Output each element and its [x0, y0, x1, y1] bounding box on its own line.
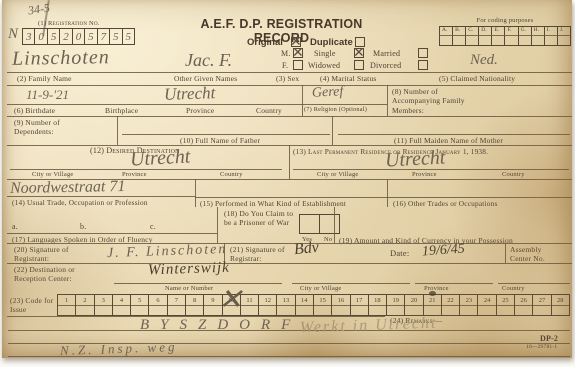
rule — [293, 169, 569, 170]
form-number: DP-2 — [540, 334, 558, 344]
code-for-issue-grid: 1 2 3 4 5 6 7 8 9 10 11 12 13 14 15 — [57, 294, 570, 316]
rule — [114, 283, 282, 284]
rule — [195, 179, 196, 207]
registration-digit: 5 — [88, 31, 94, 43]
coding-purposes-title: For coding purposes — [439, 17, 571, 25]
country-label: Country — [256, 106, 282, 115]
registration-digit: 0 — [76, 31, 82, 43]
code-cell-number: 23 — [460, 295, 477, 306]
code-cell-number: 26 — [515, 295, 532, 306]
code-cell: 14 — [296, 295, 314, 315]
rule — [292, 283, 410, 284]
print-code: 16—29781-1 — [526, 344, 557, 351]
rule — [7, 116, 572, 117]
code-cell-number: 10 — [223, 295, 240, 306]
coding-cell-letter: E. — [494, 27, 499, 33]
pow-label: (18) Do You Claim to be a Prisoner of Wa… — [224, 209, 300, 228]
code-cell: 16 — [332, 295, 350, 315]
registration-digit: 0 — [38, 31, 44, 43]
language-c-label: c. — [150, 222, 156, 232]
code-cell: 24 — [478, 295, 496, 315]
single-label: Single — [314, 49, 336, 59]
coding-cell-letter: I. — [547, 27, 550, 33]
city-label: City or Village — [32, 171, 74, 179]
code-cell: 27 — [533, 295, 551, 315]
rule — [7, 72, 572, 73]
code-cell: 9 — [204, 295, 222, 315]
sex-m-label: M. — [281, 49, 291, 59]
rule — [289, 145, 290, 179]
code-cell: 10 — [223, 295, 241, 315]
name-or-number-label: Name or Number — [165, 285, 213, 293]
coding-cell-letter: B. — [455, 27, 460, 33]
sex-f-label: F. — [282, 61, 288, 71]
code-cell: 25 — [497, 295, 515, 315]
birthdate-value: 11-9-'21 — [26, 87, 69, 103]
registrant-signature: J. F. Linschoten — [107, 242, 228, 262]
rule — [505, 243, 506, 263]
rule — [332, 116, 333, 145]
code-cell-number: 2 — [76, 295, 93, 306]
coding-cell-letter: J. — [560, 27, 564, 33]
province-label: Province — [424, 285, 449, 293]
reception-center-value: Winterswijk — [148, 260, 230, 280]
mother-label: (11) Full Maiden Name of Mother — [394, 136, 503, 145]
father-label: (10) Full Name of Father — [180, 136, 260, 145]
family-members-label: (8) Number of Accompanying Family Member… — [392, 87, 484, 115]
rule — [498, 283, 570, 284]
rule — [302, 85, 303, 116]
code-cell-number: 20 — [405, 295, 422, 306]
coding-cell-letter: H. — [534, 27, 539, 33]
coding-cell: F. — [505, 27, 518, 45]
code-for-issue-label: (23) Code for Issue — [10, 296, 54, 315]
code-cell-number: 9 — [204, 295, 221, 306]
coding-cell-letter: C. — [468, 27, 473, 33]
code-cell: 3 — [95, 295, 113, 315]
code-cell: 19 — [387, 295, 405, 315]
code-cell: 17 — [351, 295, 369, 315]
other-trades-label: (16) Other Trades or Occupations — [393, 199, 497, 208]
rule — [415, 283, 493, 284]
rule — [122, 134, 330, 135]
coding-cell-letter: D. — [481, 27, 486, 33]
code-cell-number: 13 — [277, 295, 294, 306]
code-cell-number: 5 — [131, 295, 148, 306]
coding-cell: C. — [466, 27, 479, 45]
rule — [7, 196, 195, 197]
coding-cell: B. — [453, 27, 466, 45]
code-cell: 20 — [405, 295, 423, 315]
code-cell-number: 11 — [241, 295, 258, 306]
rule — [7, 263, 572, 264]
dependents-label: (9) Number of Dependents: — [14, 118, 86, 137]
code-cell: 12 — [259, 295, 277, 315]
code-cell: 26 — [515, 295, 533, 315]
date-label: Date: — [390, 248, 409, 259]
registration-digit: 3 — [26, 31, 32, 43]
code-cell: 1 — [58, 295, 76, 315]
registration-digit-cell: 5 — [123, 29, 134, 44]
registration-number-label: (1) Registration No. — [38, 20, 100, 28]
language-b-label: b. — [80, 222, 86, 232]
nationality-label: (5) Claimed Nationality — [439, 74, 515, 83]
religion-value: Geref — [312, 84, 344, 102]
country-label: Country — [502, 285, 525, 293]
registration-digit-cell: 5 — [110, 29, 122, 44]
registrar-signature: Bdv — [293, 239, 320, 260]
code-cell-number: 22 — [442, 295, 459, 306]
trade-value: Noordwestraat 71 — [10, 178, 126, 198]
remarks-line1: BYSZDORF — [140, 317, 301, 334]
code-cell-number: 17 — [351, 295, 368, 306]
registration-digit: 2 — [63, 31, 69, 43]
rule — [302, 104, 387, 105]
code-cell-number: 15 — [314, 295, 331, 306]
coding-cell: D. — [479, 27, 492, 45]
province-label: Province — [186, 106, 214, 115]
registration-digit-cell: 3 — [23, 29, 35, 44]
single-checkbox — [354, 48, 364, 58]
country-label: Country — [220, 171, 243, 179]
widowed-checkbox — [354, 60, 364, 70]
code-cell-number: 25 — [497, 295, 514, 306]
rule — [338, 134, 570, 135]
assembly-center-label: Assembly Center No. — [510, 245, 560, 264]
scanned-registration-card: 34-5 (1) Registration No. N 3 0 5 2 0 5 … — [2, 0, 572, 358]
divorced-label: Divorced — [370, 61, 401, 71]
coding-cell: G. — [519, 27, 532, 45]
registration-digit: 5 — [51, 31, 57, 43]
code-cell-number: 12 — [259, 295, 276, 306]
registration-digit: 5 — [113, 31, 119, 43]
code-cell: 6 — [149, 295, 167, 315]
sex-label: (3) Sex — [276, 74, 299, 83]
birthplace-value: Utrecht — [164, 83, 216, 105]
married-checkbox — [418, 48, 428, 58]
registration-digit: 7 — [101, 31, 107, 43]
trade-label: (14) Usual Trade, Occupation or Professi… — [12, 198, 148, 207]
family-name-value: Linschoten — [12, 46, 110, 71]
original-label: Original — [247, 37, 283, 48]
establishment-label: (15) Performed in What Kind of Establish… — [200, 199, 346, 208]
sex-m-checkbox — [293, 48, 303, 58]
ink-smudge — [429, 291, 436, 296]
rule — [10, 169, 282, 170]
nationality-value: Ned. — [470, 52, 498, 69]
code-cell-number: 1 — [58, 295, 75, 306]
religion-label: (7) Religion (Optional) — [304, 106, 367, 114]
country-label: Country — [502, 171, 525, 179]
code-cell-number: 6 — [149, 295, 166, 306]
coding-cell-letter: A. — [442, 27, 447, 33]
divorced-checkbox — [418, 60, 428, 70]
rule — [7, 104, 302, 105]
rule — [387, 85, 388, 116]
code-cell: 23 — [460, 295, 478, 315]
pow-no-checkbox — [319, 214, 340, 234]
registration-digit-cell: 7 — [98, 29, 110, 44]
province-label: Province — [412, 171, 437, 179]
code-cell-number: 24 — [478, 295, 495, 306]
birthplace-label: Birthplace — [105, 106, 138, 115]
rule — [7, 233, 217, 234]
rule — [195, 197, 572, 198]
rule — [217, 207, 218, 243]
registration-digit-cell: 0 — [73, 29, 85, 44]
rule — [439, 35, 571, 36]
rule — [334, 207, 335, 243]
coding-cell: E. — [492, 27, 505, 45]
coding-cell: A. — [440, 27, 453, 45]
city-label: City or Village — [317, 171, 359, 179]
code-cell: 2 — [76, 295, 94, 315]
code-cell: 15 — [314, 295, 332, 315]
sex-f-checkbox — [293, 60, 303, 70]
code-cell-number: 18 — [369, 295, 386, 306]
remarks-line2: Werkt in Utrecht — [300, 315, 438, 338]
widowed-label: Widowed — [308, 61, 340, 71]
birthdate-label: (6) Birthdate — [14, 106, 55, 115]
code-cell-number: 21 — [424, 295, 441, 306]
given-names-label: Other Given Names — [174, 74, 237, 83]
registrant-signature-label: (20) Signature of Registrant: — [14, 245, 84, 264]
given-names-value: Jac. F. — [185, 50, 232, 71]
rule — [7, 243, 572, 244]
rule — [117, 116, 118, 145]
code-cell-number: 28 — [552, 295, 569, 306]
code-cell: 22 — [442, 295, 460, 315]
code-cell-number: 3 — [95, 295, 112, 306]
code-cell: 13 — [277, 295, 295, 315]
marital-status-label: (4) Marital Status — [320, 74, 377, 83]
code-cell-number: 19 — [387, 295, 404, 306]
code-cell-number: 4 — [113, 295, 130, 306]
registrar-signature-label: (21) Signature of Registrar: — [230, 245, 298, 264]
city-label: City or Village — [300, 285, 342, 293]
code-cell-number: 16 — [332, 295, 349, 306]
code-cell: 28 — [552, 295, 569, 315]
coding-cell-letter: G. — [521, 27, 526, 33]
rule — [7, 85, 572, 86]
code-cell-number: 14 — [296, 295, 313, 306]
rule — [387, 179, 388, 207]
duplicate-label: Duplicate — [310, 37, 353, 48]
registration-prefix: N — [8, 26, 18, 43]
reception-center-label: (22) Destination or Reception Center: — [14, 265, 102, 284]
coding-cell: I. — [545, 27, 558, 45]
married-label: Married — [373, 49, 400, 59]
province-label: Province — [122, 171, 147, 179]
coding-cell: J. — [558, 27, 570, 45]
registration-digit-cell: 5 — [85, 29, 97, 44]
registration-digit-cell: 0 — [35, 29, 47, 44]
code-cell: 8 — [186, 295, 204, 315]
registration-digit-cell: 2 — [60, 29, 72, 44]
code-cell: 5 — [131, 295, 149, 315]
registration-digit: 5 — [125, 31, 131, 43]
desired-destination-value: Utrecht — [129, 145, 190, 171]
code-cell: 18 — [369, 295, 387, 315]
language-a-label: a. — [12, 222, 18, 232]
coding-cell: H. — [532, 27, 545, 45]
coding-purposes-grid: A. B. C. D. E. F. G. H. I. J. — [439, 26, 571, 46]
code-cell-number: 27 — [533, 295, 550, 306]
code-cell-number: 8 — [186, 295, 203, 306]
code-cell: 7 — [168, 295, 186, 315]
family-name-label: (2) Family Name — [17, 74, 72, 83]
date-value: 19/6/45 — [421, 242, 465, 261]
coding-cell-letter: F. — [507, 27, 511, 33]
code-cell-number: 7 — [168, 295, 185, 306]
pow-yes-checkbox — [299, 214, 320, 234]
code-cell: 11 — [241, 295, 259, 315]
registration-number-boxes: 3 0 5 2 0 5 7 5 5 — [22, 28, 135, 45]
code-cell: 4 — [113, 295, 131, 315]
code-cell: 21 — [424, 295, 442, 315]
registration-digit-cell: 5 — [48, 29, 60, 44]
